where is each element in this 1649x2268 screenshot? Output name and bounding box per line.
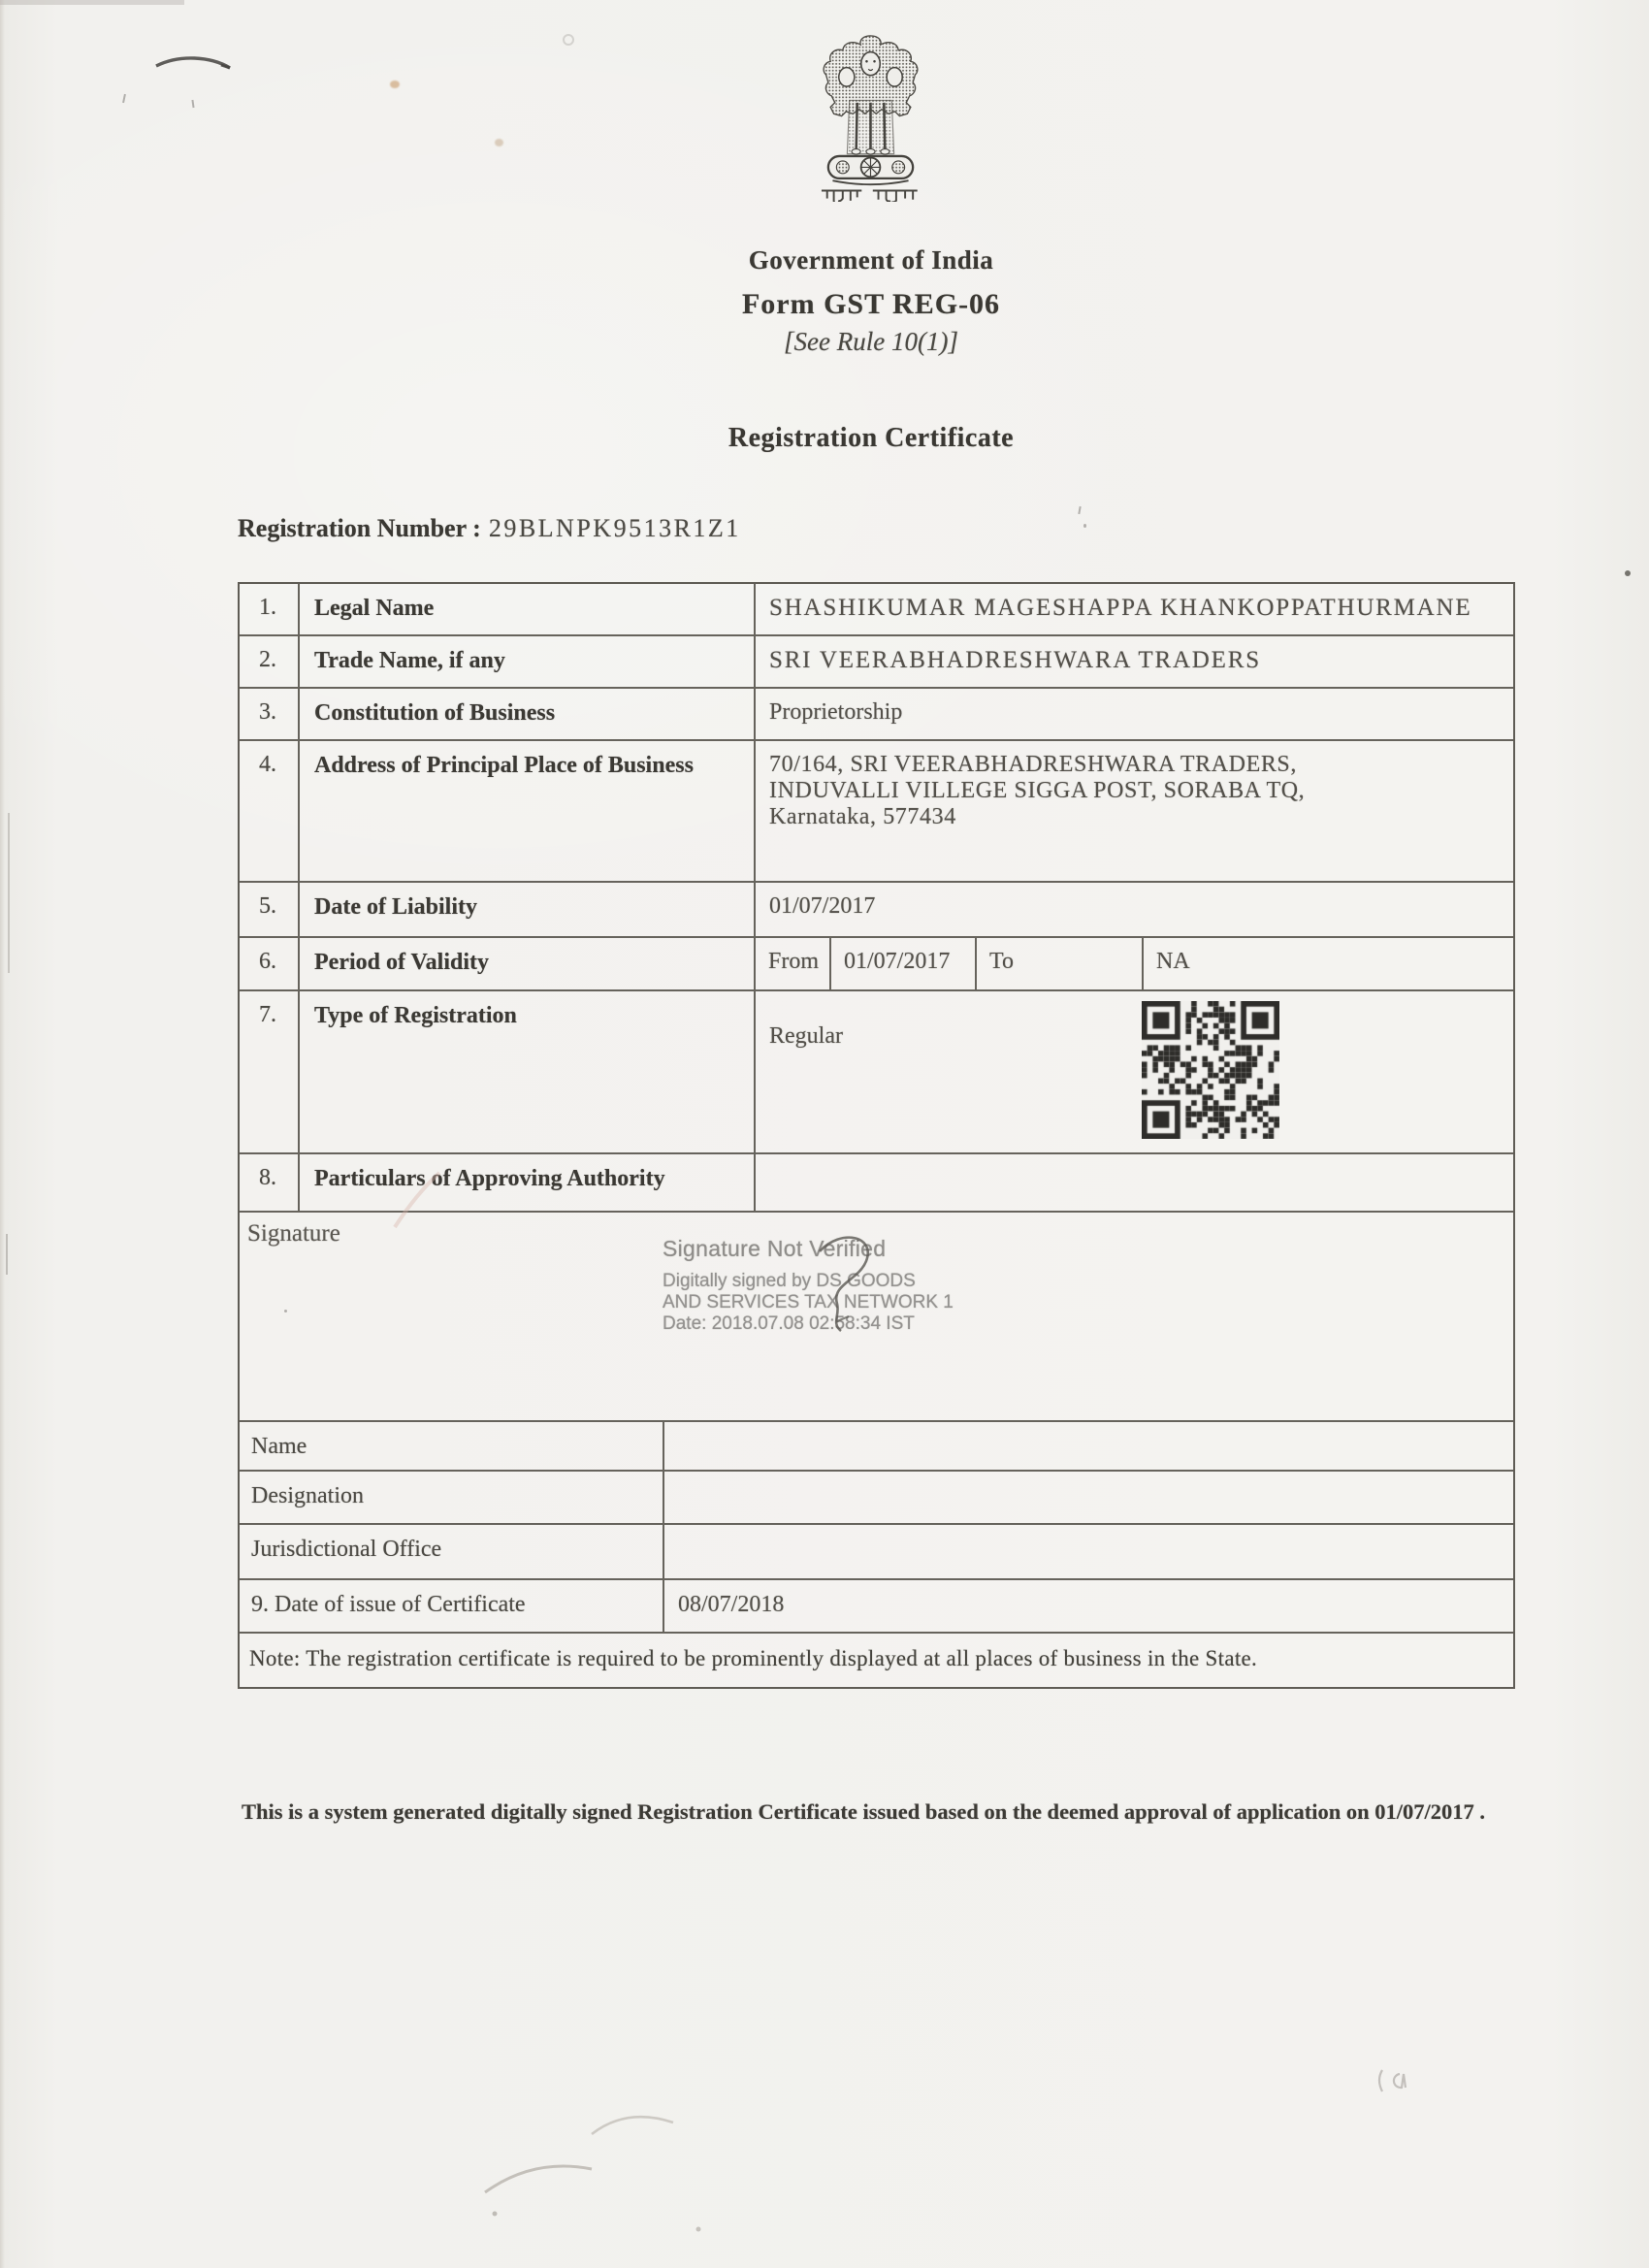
dharma-chakra [861, 158, 881, 178]
digital-signature-block: Signature Not Verified Digitally signed … [663, 1236, 954, 1335]
pencil-scribble [456, 2066, 766, 2241]
designation-value [664, 1472, 1513, 1523]
row-label: Legal Name [300, 584, 756, 634]
row-label: Particulars of Approving Authority [300, 1154, 756, 1211]
name-label: Name [240, 1422, 664, 1470]
lion-head-right [887, 68, 902, 87]
table-row-legal-name: 1. Legal Name SHASHIKUMAR MAGESHAPPA KHA… [240, 584, 1513, 634]
approving-authority-value [756, 1154, 1513, 1211]
trade-name-value: SRI VEERABHADRESHWARA TRADERS [756, 636, 1513, 687]
satyameva-jayate-motto [822, 191, 918, 202]
ink-speck [1083, 524, 1086, 528]
validity-to-value: NA [1144, 938, 1513, 989]
address-line-3: Karnataka, 577434 [769, 804, 1513, 830]
signature-area: Signature Signature Not Verified Digital… [240, 1211, 1513, 1420]
abacus-horse [836, 161, 849, 174]
qr-code [1142, 1001, 1279, 1139]
abacus [828, 156, 913, 178]
legal-name-value: SHASHIKUMAR MAGESHAPPA KHANKOPPATHURMANE [756, 584, 1513, 634]
signature-label: Signature [247, 1220, 340, 1247]
registration-number-value: 29BLNPK9513R1Z1 [489, 514, 741, 542]
table-row-address: 4. Address of Principal Place of Busines… [240, 739, 1513, 881]
row-label: Type of Registration [300, 991, 756, 1152]
row-number: 5. [240, 883, 300, 936]
name-value [664, 1422, 1513, 1470]
smudge-ring [563, 34, 574, 46]
form-heading: Form GST REG-06 [47, 288, 1649, 321]
lion-mane [824, 36, 918, 116]
row-number: 1. [240, 584, 300, 634]
row-number: 3. [240, 689, 300, 739]
abacus-bull [892, 161, 905, 174]
ink-speck [284, 1310, 287, 1312]
lion-head-left [839, 68, 855, 87]
table-row-liability-date: 5. Date of Liability 01/07/2017 [240, 881, 1513, 936]
network-line: AND SERVICES TAX NETWORK 1 [663, 1292, 954, 1313]
issue-date-value: 08/07/2018 [664, 1580, 1513, 1632]
scanned-certificate: { "colors": { "paper": "#f2f1ee", "ink":… [0, 0, 1649, 2268]
table-row-constitution: 3. Constitution of Business Proprietorsh… [240, 687, 1513, 739]
table-row-issue-date: 9. Date of issue of Certificate 08/07/20… [240, 1578, 1513, 1632]
ink-speck [191, 100, 194, 108]
row-number: 4. [240, 741, 300, 881]
jurisdiction-value [664, 1525, 1513, 1578]
rule-reference: [See Rule 10(1)] [47, 327, 1649, 357]
certificate-title: Registration Certificate [47, 423, 1649, 454]
national-emblem [815, 29, 926, 202]
government-heading: Government of India [47, 245, 1649, 275]
table-row-jurisdiction: Jurisdictional Office [240, 1523, 1513, 1578]
table-row-approving-authority: 8. Particulars of Approving Authority [240, 1152, 1513, 1211]
scanner-edge-strip [0, 0, 184, 5]
row-label: Trade Name, if any [300, 636, 756, 687]
registration-number-line: Registration Number :29BLNPK9513R1Z1 [238, 514, 741, 543]
address-line-2: INDUVALLI VILLEGE SIGGA POST, SORABA TQ, [769, 778, 1513, 804]
row-label: Period of Validity [300, 938, 756, 989]
table-row-validity: 6. Period of Validity From 01/07/2017 To… [240, 936, 1513, 989]
pen-stroke-mark [150, 47, 247, 85]
lion-body [847, 100, 893, 153]
designation-label: Designation [240, 1472, 664, 1523]
stain-dot [495, 139, 503, 146]
liability-date-value: 01/07/2017 [756, 883, 1513, 936]
lion-head-center [861, 52, 881, 76]
signature-date-line: Date: 2018.07.08 02:58:34 IST [663, 1313, 954, 1335]
issue-date-label: 9. Date of issue of Certificate [240, 1580, 664, 1632]
scanner-edge-line [8, 813, 10, 973]
constitution-value: Proprietorship [756, 689, 1513, 739]
signed-by-line: Digitally signed by DS GOODS [663, 1271, 954, 1292]
row-label: Date of Liability [300, 883, 756, 936]
row-label: Address of Principal Place of Business [300, 741, 756, 881]
row-number: 7. [240, 991, 300, 1152]
row-number: 2. [240, 636, 300, 687]
validity-to-label: To [977, 938, 1144, 989]
certificate-table: 1. Legal Name SHASHIKUMAR MAGESHAPPA KHA… [238, 582, 1515, 1689]
jurisdiction-label: Jurisdictional Office [240, 1525, 664, 1578]
address-value: 70/164, SRI VEERABHADRESHWARA TRADERS, I… [756, 741, 1513, 881]
validity-from-value: 01/07/2017 [831, 938, 977, 989]
note-row: Note: The registration certificate is re… [240, 1632, 1513, 1687]
table-row-registration-type: 7. Type of Registration Regular [240, 989, 1513, 1152]
ink-speck [122, 94, 126, 103]
table-row-trade-name: 2. Trade Name, if any SRI VEERABHADRESHW… [240, 634, 1513, 687]
address-line-1: 70/164, SRI VEERABHADRESHWARA TRADERS, [769, 752, 1513, 778]
signature-not-verified-text: Signature Not Verified [663, 1236, 954, 1262]
validity-from-label: From [756, 938, 831, 989]
table-row-name: Name [240, 1420, 1513, 1470]
validity-cells: From 01/07/2017 To NA [756, 938, 1513, 989]
registration-number-label: Registration Number : [238, 514, 481, 542]
faint-mark [1373, 2064, 1440, 2099]
row-number: 8. [240, 1154, 300, 1211]
row-label: Constitution of Business [300, 689, 756, 739]
stain-dot [390, 81, 400, 88]
ink-speck [1078, 506, 1081, 514]
system-generated-note: This is a system generated digitally sig… [39, 1799, 1649, 1825]
digitally-signed-lines: Digitally signed by DS GOODS AND SERVICE… [663, 1271, 954, 1335]
table-row-designation: Designation [240, 1470, 1513, 1523]
row-number: 6. [240, 938, 300, 989]
scanner-edge-line [6, 1234, 8, 1275]
ink-dot [1625, 570, 1631, 576]
registration-type-cell: Regular [756, 991, 1513, 1152]
